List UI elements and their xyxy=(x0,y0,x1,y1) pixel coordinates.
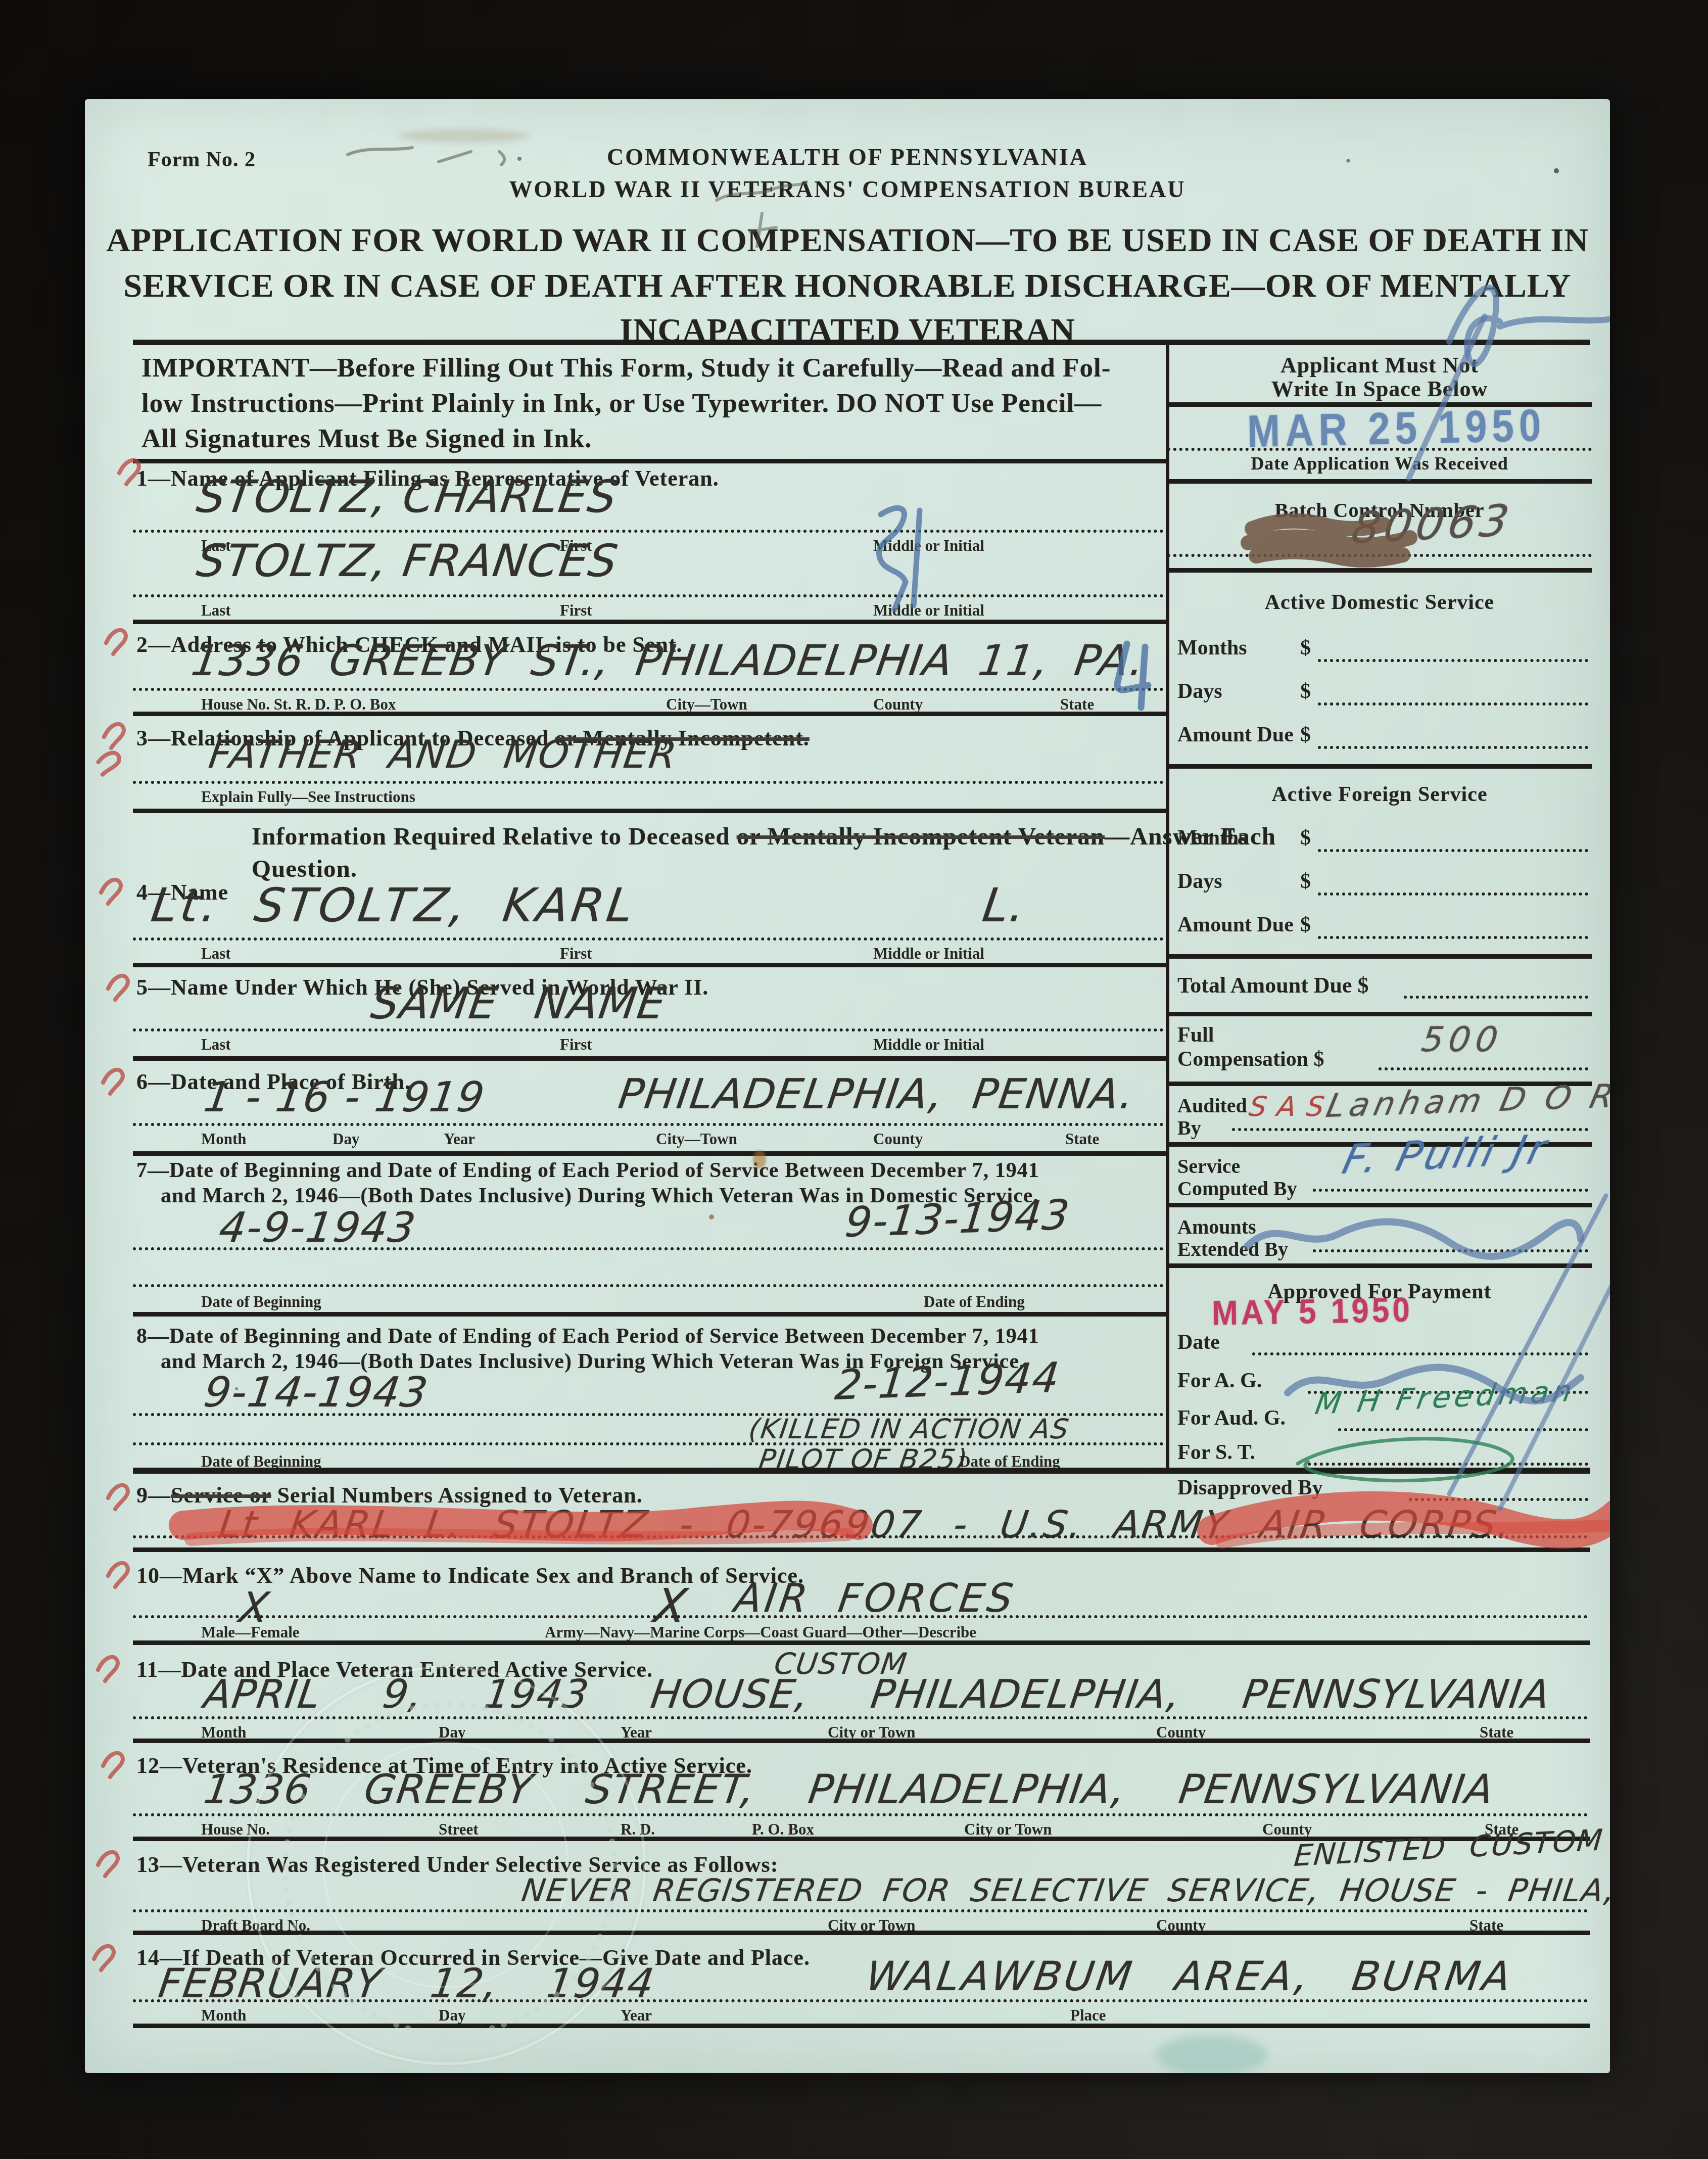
for-aud-g-label: For Aud. G. xyxy=(1177,1406,1286,1430)
domestic-amount-due-label: Amount Due xyxy=(1177,723,1294,747)
label-first: First xyxy=(560,945,592,963)
full-compensation-label-1: Full xyxy=(1177,1023,1214,1047)
domestic-service-title: Active Domestic Service xyxy=(1167,590,1592,615)
red-pencil-mark xyxy=(104,724,124,748)
writing-line xyxy=(1318,659,1588,662)
writing-line xyxy=(1313,1189,1588,1192)
important-line-3: All Signatures Must Be Signed in Ink. xyxy=(141,424,592,454)
full-compensation-label-2: Compensation $ xyxy=(1177,1047,1324,1071)
scanned-form-background: Form No. 2 COMMONWEALTH OF PENNSYLVANIA … xyxy=(0,0,1708,2159)
panel-divider xyxy=(1167,568,1592,573)
label-date-of-ending: Date of Ending xyxy=(924,1293,1025,1311)
label-first: First xyxy=(560,601,592,620)
relationship-value: FATHER AND MOTHER xyxy=(206,732,680,777)
approved-date-stamp: MAY 5 1950 xyxy=(1211,1290,1413,1333)
section-10-heading: 10—Mark “X” Above Name to Indicate Sex a… xyxy=(136,1563,804,1588)
amounts-extended-label-2: Extended By xyxy=(1177,1237,1288,1261)
date-received-label: Date Application Was Received xyxy=(1167,453,1592,474)
approved-date-label: Date xyxy=(1177,1330,1220,1354)
section-divider xyxy=(133,1931,1590,1935)
paper-stain xyxy=(398,129,530,143)
red-pencil-mark xyxy=(108,1563,128,1587)
foreign-days-label: Days xyxy=(1177,869,1222,894)
section-divider xyxy=(133,1468,1590,1474)
amounts-extended-label-1: Amounts xyxy=(1177,1215,1256,1239)
entered-service-value: APRIL 9, 1943 HOUSE, PHILADELPHIA, PENNS… xyxy=(201,1672,1553,1717)
label-place: Place xyxy=(1070,2006,1106,2025)
header-divider xyxy=(133,340,1590,345)
audited-red-initials: S A S xyxy=(1247,1091,1327,1122)
label-first: First xyxy=(560,1036,592,1054)
domestic-days-label: Days xyxy=(1177,679,1222,703)
red-pencil-mark xyxy=(108,976,128,1000)
total-amount-due-label: Total Amount Due $ xyxy=(1177,972,1369,998)
writing-line xyxy=(1379,1067,1588,1070)
panel-divider xyxy=(1167,954,1592,959)
blue-diagonal-stroke-1 xyxy=(1449,1196,1606,1494)
panel-divider xyxy=(1167,479,1592,484)
label-house-no: House No. St. R. D. P. O. Box xyxy=(201,695,396,714)
service-computed-signature: F. Pulli Jr xyxy=(1338,1125,1554,1183)
dollar-sign: $ xyxy=(1300,869,1311,894)
veteran-name-value: Lt. STOLTZ, KARL xyxy=(148,878,640,932)
label-middle: Middle or Initial xyxy=(873,601,984,620)
writing-line xyxy=(133,1442,1164,1445)
label-state: State xyxy=(1065,1130,1099,1148)
red-pencil-mark xyxy=(98,1657,118,1681)
domestic-months-label: Months xyxy=(1177,636,1247,660)
red-pencil-mark xyxy=(94,1946,114,1970)
red-pencil-mark xyxy=(106,630,126,654)
panel-divider xyxy=(1167,1203,1592,1207)
label-day: Day xyxy=(333,1130,359,1148)
for-st-label: For S. T. xyxy=(1177,1440,1255,1465)
writing-line xyxy=(133,1535,1588,1538)
audited-by-label-2: By xyxy=(1177,1116,1201,1140)
birth-date-value: 1 - 16 - 1919 xyxy=(201,1073,488,1121)
writing-line xyxy=(133,1247,1164,1250)
applicant-name-1-value: STOLTZ, CHARLES xyxy=(194,471,621,523)
residence-value: 1336 GREEBY STREET, PHILADELPHIA, PENNSY… xyxy=(201,1766,1497,1813)
writing-line xyxy=(133,1813,1588,1816)
writing-line xyxy=(1313,1249,1588,1252)
foreign-service-title: Active Foreign Service xyxy=(1167,782,1592,807)
red-pencil-mark xyxy=(108,1485,128,1509)
label-middle: Middle or Initial xyxy=(873,945,984,963)
section-divider xyxy=(133,459,1166,463)
section-divider xyxy=(133,2024,1590,2028)
panel-divider xyxy=(1167,1263,1592,1268)
writing-line xyxy=(1318,746,1588,749)
section-divider xyxy=(133,1640,1590,1645)
writing-line xyxy=(1338,1428,1588,1431)
label-last: Last xyxy=(201,1036,231,1054)
mail-address-value: 1336 GREEBY ST., PHILADELPHIA 11, PA. xyxy=(188,636,1148,685)
writing-line xyxy=(133,530,1164,533)
section-divider xyxy=(133,1739,1590,1743)
label-middle: Middle or Initial xyxy=(873,1036,984,1054)
panel-divider xyxy=(1167,764,1592,769)
label-city-or-town: City or Town xyxy=(964,1820,1052,1839)
service-computed-label-2: Computed By xyxy=(1177,1177,1297,1200)
for-aud-g-signature: M H Freedman xyxy=(1313,1373,1578,1421)
important-line-1: IMPORTANT—Before Filling Out This Form, … xyxy=(141,353,1111,383)
writing-line xyxy=(133,1716,1588,1719)
foreign-amount-due-label: Amount Due xyxy=(1177,913,1294,937)
no-write-line-1: Applicant Must Not xyxy=(1167,352,1592,378)
label-month: Month xyxy=(201,1130,247,1148)
red-pencil-mark xyxy=(98,1852,118,1876)
section-7-heading: 7—Date of Beginning and Date of Ending o… xyxy=(136,1158,1039,1183)
label-rd: R. D. xyxy=(621,1820,655,1839)
domestic-begin-value: 4-9-1943 xyxy=(216,1204,419,1252)
label-po-box: P. O. Box xyxy=(752,1820,814,1839)
foreign-end-value: 2-12-1944 xyxy=(833,1354,1062,1410)
label-date-of-beginning: Date of Beginning xyxy=(201,1293,321,1311)
writing-line xyxy=(133,594,1164,597)
dollar-sign: $ xyxy=(1300,679,1311,703)
red-pencil-mark xyxy=(103,1070,123,1094)
death-place-value: WALAWBUM AREA, BURMA xyxy=(863,1953,1516,2000)
paper-stain xyxy=(1156,2035,1267,2073)
label-day: Day xyxy=(439,2006,465,2025)
domestic-end-value: 9-13-1943 xyxy=(843,1191,1072,1247)
writing-line xyxy=(1409,1498,1588,1501)
writing-line xyxy=(133,1615,1588,1618)
section-divider xyxy=(133,1151,1166,1156)
label-county: County xyxy=(1262,1820,1312,1839)
panel-divider xyxy=(1167,1012,1592,1016)
writing-line xyxy=(1167,448,1592,451)
writing-line xyxy=(1404,996,1588,999)
foreign-months-label: Months xyxy=(1177,826,1247,850)
label-county: County xyxy=(873,1130,923,1148)
section-divider xyxy=(133,809,1166,813)
label-branch-options: Army—Navy—Marine Corps—Coast Guard—Other… xyxy=(545,1623,976,1641)
for-ag-label: For A. G. xyxy=(1177,1369,1262,1393)
label-year: Year xyxy=(444,1130,475,1148)
label-male-female: Male—Female xyxy=(201,1623,300,1641)
batch-control-value: 80063 xyxy=(1348,495,1516,554)
label-month: Month xyxy=(201,2006,247,2025)
label-last: Last xyxy=(201,945,231,963)
label-explain-fully: Explain Fully—See Instructions xyxy=(201,788,415,806)
dollar-sign: $ xyxy=(1300,636,1311,660)
red-pencil-mark xyxy=(96,749,120,777)
dollar-sign: $ xyxy=(1300,913,1311,937)
label-city-town: City—Town xyxy=(656,1130,737,1148)
label-state: State xyxy=(1060,695,1094,714)
form-title-line-1: APPLICATION FOR WORLD WAR II COMPENSATIO… xyxy=(95,221,1600,260)
writing-line xyxy=(133,781,1164,784)
label-street: Street xyxy=(439,1820,479,1839)
red-pencil-mark xyxy=(101,880,121,904)
section-9-heading: 9— xyxy=(136,1483,171,1508)
section-divider xyxy=(133,620,1166,624)
writing-line xyxy=(1308,1463,1588,1466)
audited-by-label-1: Audited xyxy=(1177,1094,1247,1117)
section-divider xyxy=(133,1056,1166,1061)
selective-service-value: NEVER REGISTERED FOR SELECTIVE SERVICE, … xyxy=(519,1872,1610,1909)
ink-speck xyxy=(709,1214,714,1219)
service-computed-label-1: Service xyxy=(1177,1154,1240,1178)
birth-place-value: PHILADELPHIA, PENNA. xyxy=(615,1070,1138,1118)
org-line-1: COMMONWEALTH OF PENNSYLVANIA xyxy=(85,144,1610,170)
writing-line xyxy=(1318,849,1588,852)
form-title-line-2: SERVICE OR IN CASE OF DEATH AFTER HONORA… xyxy=(95,267,1600,305)
applicant-name-2-value: STOLTZ, FRANCES xyxy=(194,535,622,587)
writing-line xyxy=(1167,554,1592,557)
writing-line xyxy=(133,688,1164,691)
branch-value: AIR FORCES xyxy=(732,1576,1019,1621)
disapproved-by-label: Disapproved By xyxy=(1177,1476,1322,1500)
section-divider xyxy=(133,712,1166,716)
no-write-line-2: Write In Space Below xyxy=(1167,376,1592,402)
section-divider xyxy=(133,1312,1166,1317)
served-name-value: SAME NAME xyxy=(368,978,670,1029)
section-divider xyxy=(133,963,1166,967)
writing-line xyxy=(1318,936,1588,939)
foreign-begin-value: 9-14-1943 xyxy=(201,1369,432,1417)
writing-line xyxy=(1252,1352,1588,1355)
section-divider xyxy=(133,1547,1590,1552)
dollar-sign: $ xyxy=(1300,723,1311,747)
dollar-sign: $ xyxy=(1300,826,1311,850)
form-paper: Form No. 2 COMMONWEALTH OF PENNSYLVANIA … xyxy=(85,99,1610,2073)
red-pencil-mark xyxy=(103,1753,123,1777)
enlisted-custom-note: ENLISTED CUSTOM xyxy=(1293,1822,1605,1873)
writing-line xyxy=(1318,893,1588,896)
full-compensation-value: 500 xyxy=(1419,1020,1505,1060)
info-heading-struck: or Mentally Incompetent Veteran xyxy=(737,822,1105,850)
info-heading: Information Required Relative to Decease… xyxy=(252,822,737,850)
label-county: County xyxy=(873,695,923,714)
org-line-2: WORLD WAR II VETERANS' COMPENSATION BURE… xyxy=(85,176,1610,203)
serial-number-value: Lt KARL L. STOLTZ - 0-796907 - U.S. ARMY… xyxy=(216,1503,1515,1546)
label-house-no: House No. xyxy=(201,1820,270,1839)
label-city-town: City—Town xyxy=(666,695,747,714)
writing-line xyxy=(1318,702,1588,706)
for-st-flourish xyxy=(1298,1439,1512,1481)
label-year: Year xyxy=(621,2006,652,2025)
killed-in-action-note-1: (KILLED IN ACTION AS xyxy=(747,1413,1072,1445)
writing-line xyxy=(133,1284,1164,1287)
important-line-2: low Instructions—Print Plainly in Ink, o… xyxy=(141,388,1102,418)
label-last: Last xyxy=(201,601,231,620)
writing-line xyxy=(133,1028,1164,1031)
paper-stain xyxy=(753,1150,766,1168)
label-middle: Middle or Initial xyxy=(873,537,984,555)
writing-line xyxy=(133,937,1164,941)
writing-line xyxy=(133,1999,1588,2002)
writing-line xyxy=(133,1123,1164,1126)
section-8-heading: 8—Date of Beginning and Date of Ending o… xyxy=(136,1324,1039,1348)
writing-line xyxy=(133,1909,1588,1912)
veteran-middle-initial-value: L. xyxy=(979,878,1030,932)
